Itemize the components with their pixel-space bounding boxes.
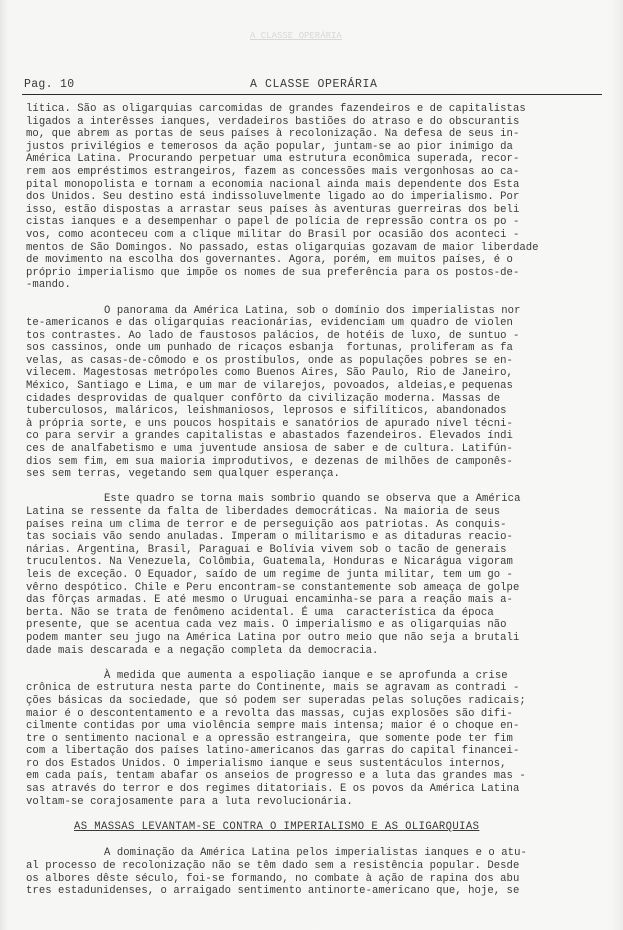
text-line: ro dos Estados Unidos. O imperialismo ia… <box>26 758 596 771</box>
text-line: tres estadunidenses, o arraigado sentime… <box>26 885 596 898</box>
text-line: À medida que aumenta a espoliação ianque… <box>26 670 596 683</box>
text-line: em cada país, tentam abafar os anseios d… <box>26 770 596 783</box>
text-line: vêrno despótico. Chile e Peru encontram-… <box>26 582 596 595</box>
paragraph: O panorama da América Latina, sob o domí… <box>26 305 596 481</box>
text-line: mo, que abrem as portas de seus países à… <box>26 128 596 141</box>
text-line: tre o sentimento nacional e a opressão e… <box>26 733 596 746</box>
page-number: Pag. 10 <box>24 78 74 91</box>
text-line: presente, que se acentua cada vez mais. … <box>26 619 596 632</box>
text-line: Latina se ressente da falta de liberdade… <box>26 506 596 519</box>
paragraph-list: lítica. São as oligarquias carcomidas de… <box>26 103 596 808</box>
text-line: tuberculosos, maláricos, leishmaniosos, … <box>26 405 596 418</box>
text-line: próprio imperialismo que impõe os nomes … <box>26 267 596 280</box>
text-line: A dominação da América Latina pelos impe… <box>26 847 596 860</box>
text-line: cilmente contidas por uma violência semp… <box>26 720 596 733</box>
text-line: O panorama da América Latina, sob o domí… <box>26 305 596 318</box>
page-header: Pag. 10 A CLASSE OPERÁRIA <box>22 78 602 95</box>
text-line: isso, estão dispostas a arrastar seus pa… <box>26 204 596 217</box>
text-line: velas, as casas-de-cômodo e os prostíbul… <box>26 355 596 368</box>
text-line: países reina um clima de terror e de per… <box>26 519 596 532</box>
text-line: com a libertação dos países latino-ameri… <box>26 745 596 758</box>
text-line: rem aos empréstimos estrangeiros, fazem … <box>26 166 596 179</box>
text-line: leis de exceção. O Equador, saído de um … <box>26 569 596 582</box>
text-line: ses sem terras, vegetando sem qualquer e… <box>26 468 596 481</box>
text-line: pital monopolista e tornam a economia na… <box>26 179 596 192</box>
text-line: sos cassinos, onde um punhado de ricaços… <box>26 342 596 355</box>
text-line: cidades desprovidas de qualquer confôrto… <box>26 393 596 406</box>
text-line: voltam-se corajosamente para a luta revo… <box>26 796 596 809</box>
text-line: vilecem. Magestosas metrópoles como Buen… <box>26 367 596 380</box>
paragraph: A dominação da América Latina pelos impe… <box>26 847 596 897</box>
text-line: México, Santiago e Lima, e um mar de vil… <box>26 380 596 393</box>
paragraph: Este quadro se torna mais sombrio quando… <box>26 493 596 657</box>
text-line: dos Unidos. Seu destino está indissoluve… <box>26 191 596 204</box>
text-line: te-americanos e das oligarquias reacioná… <box>26 317 596 330</box>
text-line: cistas ianques e a desempenhar o papel d… <box>26 216 596 229</box>
text-line: tos contrastes. Ao lado de faustosos pal… <box>26 330 596 343</box>
text-line: mentos de São Domingos. No passado, esta… <box>26 242 596 255</box>
text-line: dade mais descarada e a negação completa… <box>26 645 596 658</box>
text-line: truculentos. Na Venezuela, Colômbia, Gua… <box>26 556 596 569</box>
text-line: os albores dêste século, foi-se formando… <box>26 873 596 886</box>
article-body: lítica. São as oligarquias carcomidas de… <box>26 103 596 910</box>
paragraph: À medida que aumenta a espoliação ianque… <box>26 670 596 809</box>
text-line: justos privilégios e temerosos da ação p… <box>26 141 596 154</box>
text-line: à própria sorte, e uns poucos hospitais … <box>26 418 596 431</box>
scanned-page: A CLASSE OPERÁRIA Pag. 10 A CLASSE OPERÁ… <box>0 0 623 930</box>
text-line: ções básicas da sociedade, que só podem … <box>26 695 596 708</box>
text-line: sas através do terror e dos regimes dita… <box>26 783 596 796</box>
final-paragraph: A dominação da América Latina pelos impe… <box>26 847 596 897</box>
text-line: lítica. São as oligarquias carcomidas de… <box>26 103 596 116</box>
text-line: de movimento na escolha dos governantes.… <box>26 254 596 267</box>
text-line: das fôrças armadas. E até mesmo o Urugua… <box>26 594 596 607</box>
text-line: crônica de estrutura nesta parte do Cont… <box>26 682 596 695</box>
text-line: berta. Não se trata de fenômeno acidenta… <box>26 607 596 620</box>
bleed-through-text: A CLASSE OPERÁRIA <box>0 0 623 60</box>
text-line: Este quadro se torna mais sombrio quando… <box>26 493 596 506</box>
publication-title: A CLASSE OPERÁRIA <box>250 78 378 91</box>
bleed-through-title: A CLASSE OPERÁRIA <box>250 30 342 42</box>
section-heading: AS MASSAS LEVANTAM-SE CONTRA O IMPERIALI… <box>26 821 596 834</box>
text-line: podem manter seu jugo na América Latina … <box>26 632 596 645</box>
text-line: maior é o descontentamento e a revolta d… <box>26 708 596 721</box>
text-line: vos, como aconteceu com a clique militar… <box>26 229 596 242</box>
text-line: ligados a interêsses ianques, verdadeiro… <box>26 116 596 129</box>
text-line: nárias. Argentina, Brasil, Paraguai e Bo… <box>26 544 596 557</box>
text-line: ces de analfabetismo e uma juventude ans… <box>26 443 596 456</box>
paragraph: lítica. São as oligarquias carcomidas de… <box>26 103 596 292</box>
text-line: América Latina. Procurando perpetuar uma… <box>26 153 596 166</box>
text-line: al processo de recolonização não se têm … <box>26 860 596 873</box>
text-line: co para servir a grandes capitalistas e … <box>26 430 596 443</box>
text-line: -mando. <box>26 279 596 292</box>
text-line: dios sem fim, em sua maioria improdutivo… <box>26 456 596 469</box>
text-line: tas sociais vão sendo anuladas. Imperam … <box>26 531 596 544</box>
